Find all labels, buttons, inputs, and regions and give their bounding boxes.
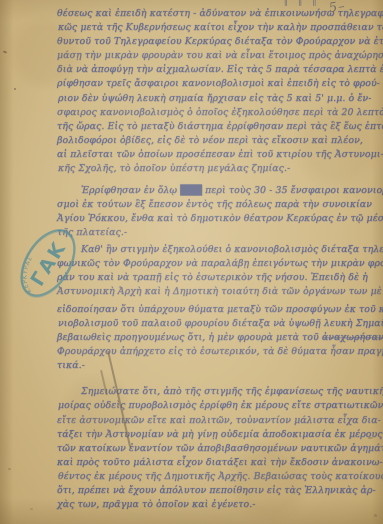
text-line: ριον δὲν ὑψώθη λευκὴ σημαία ἤρχισαν εἰς …: [58, 92, 377, 106]
text-line: Καθ' ἣν στιγμὴν ἐξηκολούθει ὁ κανονιοβολ…: [81, 243, 377, 257]
text-line: ὅτι, πρέπει νὰ ἔχουν ἀπόλυτον πεποίθησιν…: [57, 484, 377, 498]
text-line: Σημειώσατε ὅτι, ἀπὸ τῆς στιγμῆς τῆς ἐμφα…: [81, 385, 377, 399]
text-line: βεβαιωθεὶς προηγουμένως ὅτι, ἡ μὲν φρουρ…: [57, 331, 377, 345]
text-line: βολιδοφόροι ὀβίδες, εἰς δὲ τὸ νέον περὶ …: [57, 134, 377, 148]
text-line: μοίρας οὐδεὶς πυροβολισμὸς ἐρρίφθη ἐκ μέ…: [58, 399, 377, 413]
text-line: κῆς Σχολῆς, τὸ ὁποῖον ὑπέστη μεγάλας ζημ…: [58, 162, 377, 176]
text-line: χὰς των, πρᾶγμα τὸ ὁποῖον καὶ ἐγένετο.-: [57, 498, 377, 512]
text-line: τῆς πλατείας.-: [57, 226, 377, 240]
text-line: σμοὶ ἐκ τούτων ἓξ ἔπεσον ἐντὸς τῆς πόλεω…: [57, 198, 377, 212]
text-line: Ἁγίου Ῥόκκου, ἔνθα καὶ τὸ δημοτικὸν θέατ…: [57, 212, 377, 226]
text-line: Ἐρρίφθησαν ἐν ὅλῳ ███ περὶ τοὺς 30 - 35 …: [81, 184, 377, 198]
page-number: 5–: [328, 0, 347, 16]
document-lines: θέσεως καὶ ἐπειδὴ κατέστη - ἀδύνατον νὰ …: [57, 7, 377, 512]
ink-speck: [3, 50, 7, 53]
ink-speck: [374, 514, 377, 517]
text-line: τικά.-: [57, 359, 377, 373]
text-line: εἰδοποίησαν ὅτι ὑπάρχουν θύματα μεταξὺ τ…: [57, 303, 377, 317]
text-line: διὰ νὰ ἀποφύγῃ τὴν αἰχμαλωσίαν. Εἰς τὰς …: [57, 63, 377, 77]
ink-tick-marks: ∥ ∥ ∥: [284, 0, 320, 7]
archive-stamp-icon: ΚΕΡΚΥΡΑΣ ΓΑΚ: [1, 214, 95, 312]
ink-speck: [30, 508, 33, 510]
text-line: θυντοῦ τοῦ Τηλεγραφείου Κερκύρας διέταξα…: [57, 35, 377, 49]
text-line: ρὰν του καὶ νὰ τραπῇ εἰς τὸ ἐσωτερικὸν τ…: [57, 271, 377, 285]
ink-speck: [14, 88, 16, 90]
document-page: ∥ ∥ ∥ 5– θέσεως καὶ ἐπειδὴ κατέστη - ἀδύ…: [0, 0, 383, 524]
text-line: κῶς μετὰ τῆς Κυβερνήσεως καίτοι εἶχον τὴ…: [58, 21, 377, 35]
text-line: μάσῃ τὴν μικρὰν φρουρὰν του καὶ νὰ εἶναι…: [57, 49, 377, 63]
text-line: Φρουράρχου ἀπήρχετο εἰς τὸ ἐσωτερικόν, τ…: [57, 345, 377, 359]
text-line: τῆς ὥρας. Εἰς τὸ μεταξὺ διάστημα ἐρρίφθη…: [57, 120, 377, 134]
ink-speck: [8, 468, 11, 470]
text-line: σφαιρος κανονιοβολισμὸς ὁ ὁποῖος ἐξηκολο…: [57, 106, 377, 120]
text-line: τάξει τὴν Ἀστυνομίαν νὰ μὴ γίνῃ οὐδεμία …: [57, 428, 377, 442]
text-line: εἴτε ἀστυνομικῶν εἴτε καὶ πολιτῶν, τοὐνα…: [57, 414, 377, 428]
text-line: νιοβολισμοῦ τοῦ παλαιοῦ φρουρίου διέταξα…: [58, 317, 377, 331]
text-line: τῶν κατοίκων ἐναντίον τῶν ἀποβιβασθησομέ…: [57, 442, 377, 456]
text-line: φωνικῶς τὸν Φρούραρχον νὰ παραλάβῃ ἐπειγ…: [57, 257, 377, 271]
text-line: Ἀστυνομικὴ Ἀρχὴ καὶ ἡ Δημοτικὴ τοιαύτη δ…: [57, 285, 377, 299]
text-line: αἱ πλεῖσται τῶν ὁποίων προσέπεσαν ἐπὶ το…: [57, 148, 377, 162]
text-line: θέντος ἐκ μέρους τῆς Δημοτικῆς Ἀρχῆς. Βε…: [58, 470, 377, 484]
text-line: ρίφθησαν τρεῖς ἄσφαιροι κανονιοβολισμοὶ …: [57, 77, 377, 91]
text-line: καὶ πρὸς τοῦτο μάλιστα εἶχον διατάξει κα…: [57, 456, 377, 470]
